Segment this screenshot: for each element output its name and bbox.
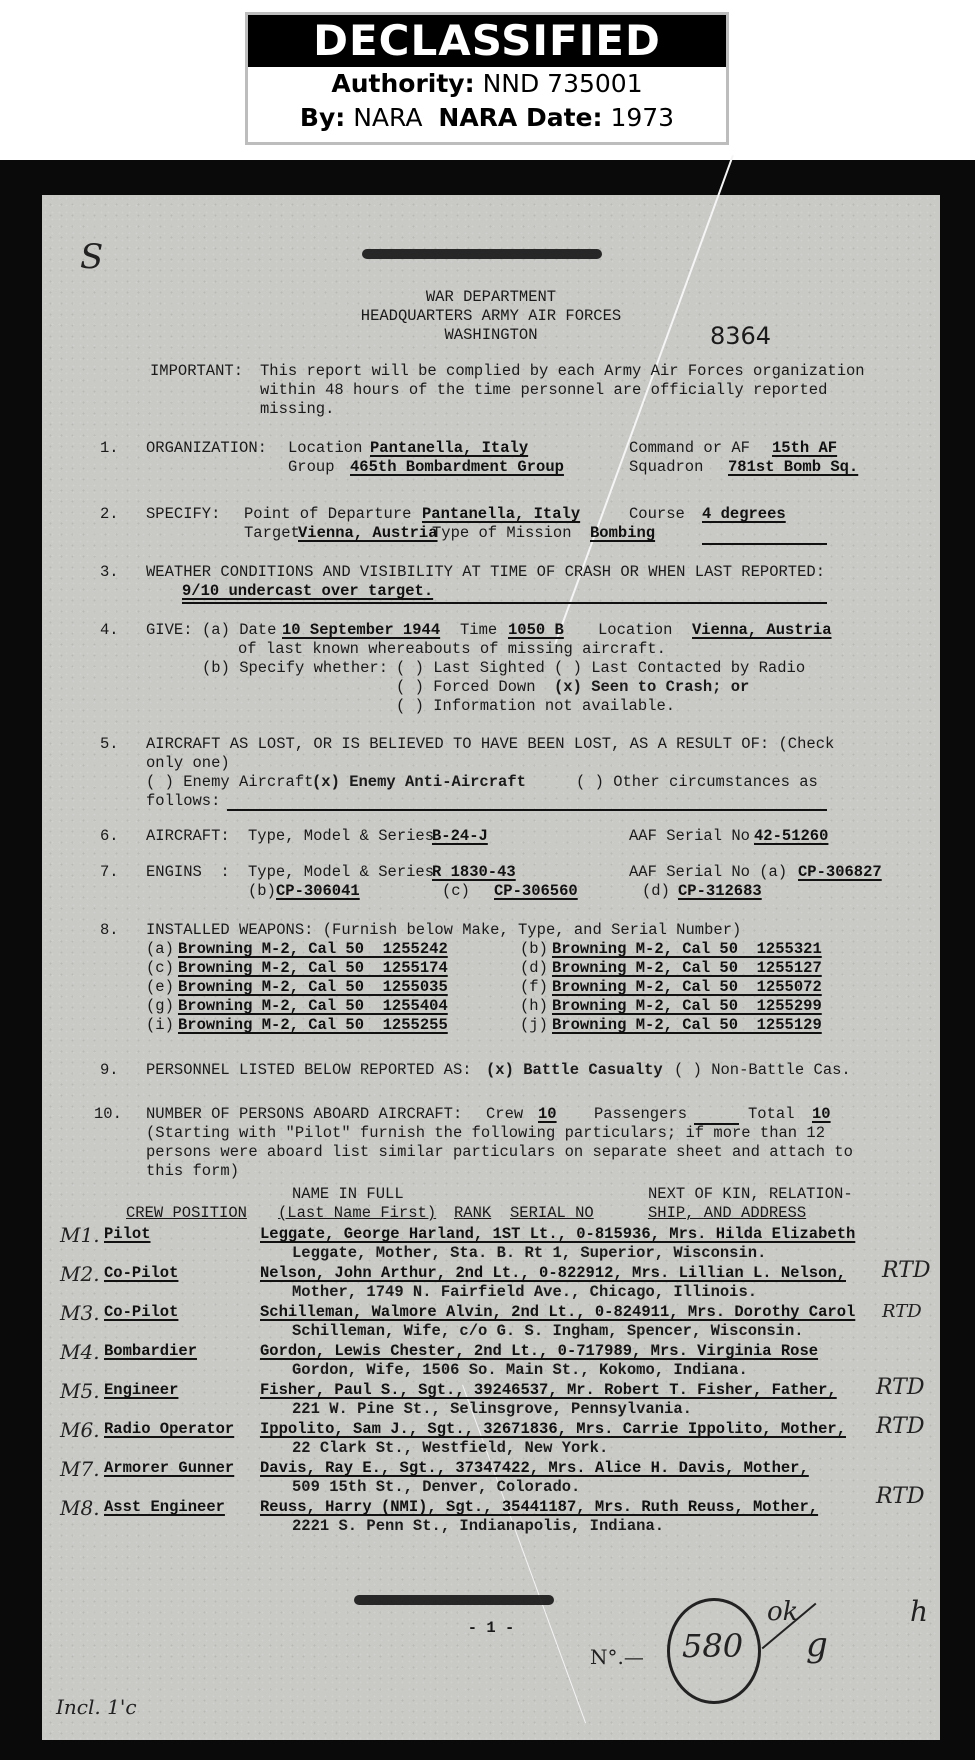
mission-value: Bombing [590,524,655,543]
inclosure-note: Incl. 1'c [56,1695,137,1719]
org-location-value: Pantanella, Italy [370,439,528,458]
mission-label: Type of Mission [432,524,572,543]
checkbox-seen-to-crash: (x) Seen to Crash; or [554,678,749,697]
checkbox-enemy-anti-aircraft: (x) Enemy Anti-Aircraft [312,773,526,792]
passengers-label: Passengers [594,1105,687,1124]
crew-details-line2: 221 W. Pine St., Selinsgrove, Pennsylvan… [292,1400,692,1419]
weapon-id: (i) [146,1016,174,1035]
aircraft-lost-label: AIRCRAFT AS LOST, OR IS BELIEVED TO HAVE… [146,735,834,754]
checkbox-last-contacted-radio: ( ) Last Contacted by Radio [554,659,805,678]
whereabouts-text: of last known whereabouts of missing air… [238,640,666,659]
engine-serial-a: CP-306827 [798,863,882,882]
weapon-id: (j) [520,1016,548,1035]
aircraft-label: AIRCRAFT: [146,827,230,846]
give-label: GIVE: [146,621,193,640]
handwritten-mark: M1. [60,1223,100,1247]
crew-row: M2. Co-Pilot Nelson, John Arthur, 2nd Lt… [42,1264,940,1304]
crew-row: M3. Co-Pilot Schilleman, Walmore Alvin, … [42,1303,940,1343]
section-number: 5. [100,735,119,754]
important-label: IMPORTANT: [150,362,243,381]
redacted-classification-footer [354,1595,554,1605]
squadron-label: Squadron [629,458,703,477]
important-text-2: within 48 hours of the time personnel ar… [260,381,827,400]
dept-title: WAR DEPARTMENT [42,288,940,307]
crew-row: M6. Radio Operator Ippolito, Sam J., Sgt… [42,1420,940,1460]
aircraft-serial-value: 42-51260 [754,827,828,846]
engine-b-label: (b) [248,882,276,901]
margin-note: S [80,237,103,277]
handwritten-mark: M5. [60,1379,100,1403]
engine-serial-b: CP-306041 [276,882,360,901]
crew-position: Asst Engineer [104,1498,225,1517]
section-number: 7. [100,863,119,882]
group-value: 465th Bombardment Group [350,458,564,477]
weapon-id: (f) [520,978,548,997]
section-number: 10. [94,1105,122,1124]
checkbox-battle-casualty: (x) Battle Casualty [486,1061,663,1080]
aircraft-lost-label-2: only one) [146,754,230,773]
engine-serial-c: CP-306560 [494,882,578,901]
engine-d-label: (d) [642,882,670,901]
rtd-note: RTD [876,1414,925,1439]
crew-position: Engineer [104,1381,178,1400]
rtd-note: RTD [882,1301,922,1322]
total-label: Total [748,1105,795,1124]
engine-type-value: R 1830-43 [432,863,516,882]
aircraft-type-label: Type, Model & Series [248,827,434,846]
crew-position: Co-Pilot [104,1303,178,1322]
follows-label: follows: [146,792,220,811]
aircraft-serial-label: AAF Serial No [629,827,750,846]
redacted-classification [362,249,602,259]
crash-location-label: Location [598,621,672,640]
corner-mark: h [910,1595,928,1628]
blank-line [227,809,827,811]
instructions-2: persons were aboard list similar particu… [146,1143,853,1162]
col-header-kin: SHIP, AND ADDRESS [648,1204,806,1223]
command-value: 15th AF [772,439,837,458]
time-label: Time [460,621,497,640]
important-text-1: This report will be complied by each Arm… [260,362,865,381]
weapon-desc: Browning M-2, Cal 50 1255129 [552,1016,822,1035]
crew-details-line1: Leggate, George Harland, 1ST Lt., 0-8159… [260,1225,855,1244]
crew-count: 10 [538,1105,557,1124]
departure-label: Point of Departure [244,505,411,524]
crew-details-line1: Reuss, Harry (NMI), Sgt., 35441187, Mrs.… [260,1498,818,1517]
weather-value: 9/10 undercast over target. [182,582,433,601]
city-title: WASHINGTON [42,326,940,345]
handwritten-mark: M3. [60,1301,100,1325]
crew-details-line1: Schilleman, Walmore Alvin, 2nd Lt., 0-82… [260,1303,855,1322]
instructions-3: this form) [146,1162,239,1181]
target-label: Target [244,524,300,543]
specify-whether-label: (b) Specify whether: [202,659,388,678]
section-number: 4. [100,621,119,640]
underline [182,602,827,604]
instructions-1: (Starting with "Pilot" furnish the follo… [146,1124,825,1143]
crew-row: M1. Pilot Leggate, George Harland, 1ST L… [42,1225,940,1265]
section-number: 8. [100,921,119,940]
checkbox-non-battle: ( ) Non-Battle Cas. [674,1061,851,1080]
section-number: 9. [100,1061,119,1080]
circled-number-value: 580 [682,1627,743,1665]
crew-details-line1: Davis, Ray E., Sgt., 37347422, Mrs. Alic… [260,1459,809,1478]
hq-title: HEADQUARTERS ARMY AIR FORCES [42,307,940,326]
checkbox-enemy-aircraft: ( ) Enemy Aircraft [146,773,313,792]
weapon-desc: Browning M-2, Cal 50 1255255 [178,1016,448,1035]
crew-row: M5. Engineer Fisher, Paul S., Sgt., 3924… [42,1381,940,1421]
stamp-by: By: NARA NARA Date: 1973 [248,101,726,135]
time-value: 1050 B [508,621,564,640]
weapon-id: (a) [146,940,174,959]
aircraft-type-value: B-24-J [432,827,488,846]
crash-location-value: Vienna, Austria [692,621,832,640]
weapon-id: (h) [520,997,548,1016]
crew-details-line1: Ippolito, Sam J., Sgt., 32671836, Mrs. C… [260,1420,846,1439]
crew-details-line1: Gordon, Lewis Chester, 2nd Lt., 0-717989… [260,1342,818,1361]
col-header-name: (Last Name First) [278,1204,436,1223]
weapon-desc: Browning M-2, Cal 50 1255127 [552,959,822,978]
date-value: 10 September 1944 [282,621,440,640]
stamp-title: DECLASSIFIED [248,15,726,67]
engines-label: ENGINS : [146,863,230,882]
section-number: 6. [100,827,119,846]
crew-details-line2: Leggate, Mother, Sta. B. Rt 1, Superior,… [292,1244,766,1263]
section-number: 1. [100,439,119,458]
blank-line [702,543,827,545]
weapon-desc: Browning M-2, Cal 50 1255174 [178,959,448,978]
crew-details-line1: Fisher, Paul S., Sgt., 39246537, Mr. Rob… [260,1381,837,1400]
col-header-name-top: NAME IN FULL [292,1185,404,1204]
engine-serial-d: CP-312683 [678,882,762,901]
crew-details-line2: Mother, 1749 N. Fairfield Ave., Chicago,… [292,1283,757,1302]
crew-position: Radio Operator [104,1420,234,1439]
handwritten-mark: M6. [60,1418,100,1442]
checkbox-forced-down: ( ) Forced Down [396,678,536,697]
location-label: Location [288,439,362,458]
engine-type-label: Type, Model & Series [248,863,434,882]
personnel-label: PERSONNEL LISTED BELOW REPORTED AS: [146,1061,472,1080]
target-value: Vienna, Austria [298,524,438,543]
date-label: (a) Date [202,621,276,640]
crew-row: M7. Armorer Gunner Davis, Ray E., Sgt., … [42,1459,940,1499]
checkbox-info-not-available: ( ) Information not available. [396,697,675,716]
section-number: 2. [100,505,119,524]
crew-details-line2: 509 15th St., Denver, Colorado. [292,1478,580,1497]
course-value: 4 degrees [702,505,786,524]
rtd-note: RTD [876,1484,925,1509]
important-text-3: missing. [260,400,334,419]
command-label: Command or AF [629,439,750,458]
fraction-bottom: g [806,1625,828,1665]
crew-details-line2: Gordon, Wife, 1506 So. Main St., Kokomo,… [292,1361,748,1380]
course-label: Course [629,505,685,524]
handwritten-mark: M8. [60,1496,100,1520]
organization-label: ORGANIZATION: [146,439,267,458]
crew-label: Crew [486,1105,523,1124]
weapon-desc: Browning M-2, Cal 50 1255242 [178,940,448,959]
departure-value: Pantanella, Italy [422,505,580,524]
crew-details-line2: Schilleman, Wife, c/o G. S. Ingham, Spen… [292,1322,804,1341]
engine-c-label: (c) [442,882,470,901]
col-header-serial: SERIAL NO [510,1204,594,1223]
weapon-id: (g) [146,997,174,1016]
handwritten-mark: M7. [60,1457,100,1481]
checkbox-last-sighted: ( ) Last Sighted [396,659,545,678]
crew-row: M4. Bombardier Gordon, Lewis Chester, 2n… [42,1342,940,1382]
crew-position: Armorer Gunner [104,1459,234,1478]
crew-row: M8. Asst Engineer Reuss, Harry (NMI), Sg… [42,1498,940,1538]
weapon-desc: Browning M-2, Cal 50 1255035 [178,978,448,997]
weapon-desc: Browning M-2, Cal 50 1255072 [552,978,822,997]
checkbox-other: ( ) Other circumstances as [576,773,818,792]
squadron-value: 781st Bomb Sq. [728,458,858,477]
weapon-id: (c) [146,959,174,978]
handwritten-mark: M2. [60,1262,100,1286]
handwritten-mark: M4. [60,1340,100,1364]
col-header-kin-top: NEXT OF KIN, RELATION- [648,1185,853,1204]
crew-position: Bombardier [104,1342,197,1361]
group-label: Group [288,458,335,477]
rtd-note: RTD [876,1375,925,1400]
engine-serial-label: AAF Serial No (a) [629,863,787,882]
weapon-desc: Browning M-2, Cal 50 1255321 [552,940,822,959]
weapons-label: INSTALLED WEAPONS: (Furnish below Make, … [146,921,741,940]
section-number: 3. [100,563,119,582]
document-page: S WAR DEPARTMENT HEADQUARTERS ARMY AIR F… [42,195,940,1740]
specify-label: SPECIFY: [146,505,220,524]
col-header-position: CREW POSITION [126,1204,247,1223]
report-number: 8364 [710,327,771,346]
weapon-id: (d) [520,959,548,978]
weapon-id: (b) [520,940,548,959]
col-header-rank: RANK [454,1204,491,1223]
crew-details-line2: 2221 S. Penn St., Indianapolis, Indiana. [292,1517,664,1536]
weapon-desc: Browning M-2, Cal 50 1255299 [552,997,822,1016]
total-count: 10 [812,1105,831,1124]
crew-position: Pilot [104,1225,151,1244]
rtd-note: RTD [882,1258,931,1283]
weapon-desc: Browning M-2, Cal 50 1255404 [178,997,448,1016]
stamp-authority: Authority: NND 735001 [248,67,726,101]
number-label: N°.— [590,1645,644,1669]
crew-details-line1: Nelson, John Arthur, 2nd Lt., 0-822912, … [260,1264,846,1283]
crew-position: Co-Pilot [104,1264,178,1283]
crew-details-line2: 22 Clark St., Westfield, New York. [292,1439,608,1458]
persons-aboard-label: NUMBER OF PERSONS ABOARD AIRCRAFT: [146,1105,462,1124]
weather-label: WEATHER CONDITIONS AND VISIBILITY AT TIM… [146,563,825,582]
weapon-id: (e) [146,978,174,997]
declassified-stamp: DECLASSIFIED Authority: NND 735001 By: N… [245,12,729,145]
